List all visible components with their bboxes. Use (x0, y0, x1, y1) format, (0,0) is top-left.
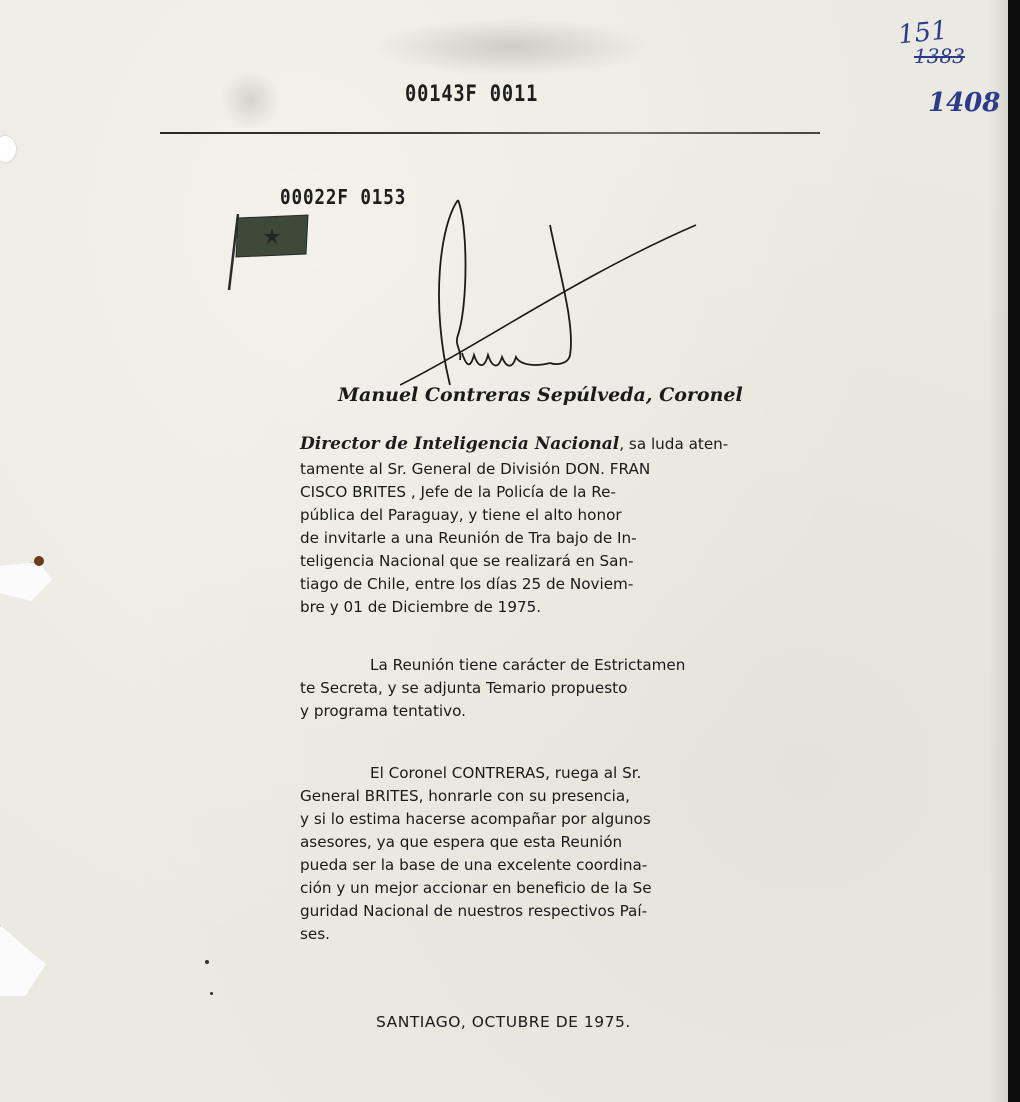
text-line: y si lo estima hacerse acompañar por alg… (300, 808, 800, 831)
scan-edge-shadow (988, 0, 1008, 1102)
speck (205, 960, 209, 964)
rust-stain (34, 556, 44, 566)
text-line: General BRITES, honrarle con su presenci… (300, 785, 800, 808)
text-line: bre y 01 de Diciembre de 1975. (300, 596, 800, 619)
paper-tear (0, 925, 46, 996)
sender-title: Director de Inteligencia Nacional (300, 434, 619, 454)
sender-title-suffix: , sa luda aten- (619, 435, 728, 453)
scan-edge (1008, 0, 1020, 1102)
text-line: ses. (300, 923, 800, 946)
horizontal-rule (160, 132, 820, 134)
handwritten-page-numbers: 151 1383 1408 (898, 18, 998, 128)
paragraph-invitation: tamente al Sr. General de División DON. … (300, 458, 800, 619)
document-page: 00143F 0011 151 1383 1408 00022F 0153 Ma… (0, 0, 1008, 1102)
punch-hole (0, 136, 16, 162)
flag-icon (226, 212, 316, 292)
text-line: te Secreta, y se adjunta Temario propues… (300, 677, 800, 700)
text-line: guridad Nacional de nuestros respectivos… (300, 900, 800, 923)
text-line: El Coronel CONTRERAS, ruega al Sr. (300, 762, 800, 785)
paragraph-secrecy: La Reunión tiene carácter de Estrictamen… (300, 654, 800, 723)
text-line: ción y un mejor accionar en beneficio de… (300, 877, 800, 900)
ink-smudge (370, 18, 650, 76)
paper-tear (0, 562, 52, 601)
text-line: y programa tentativo. (300, 700, 800, 723)
text-line: pueda ser la base de una excelente coord… (300, 854, 800, 877)
paragraph-request: El Coronel CONTRERAS, ruega al Sr. Gener… (300, 762, 800, 946)
text-line: de invitarle a una Reunión de Tra bajo d… (300, 527, 800, 550)
ink-smudge (220, 70, 280, 130)
signature-icon (400, 195, 720, 395)
speck (210, 992, 213, 995)
text-line: tiago de Chile, entre los días 25 de Nov… (300, 573, 800, 596)
text-line: asesores, ya que espera que esta Reunión (300, 831, 800, 854)
text-line: teligencia Nacional que se realizará en … (300, 550, 800, 573)
text-line: CISCO BRITES , Jefe de la Policía de la … (300, 481, 800, 504)
text-line: La Reunión tiene carácter de Estrictamen (300, 654, 800, 677)
archive-stamp-top: 00143F 0011 (405, 82, 538, 107)
text-line: tamente al Sr. General de División DON. … (300, 458, 800, 481)
text-line: pública del Paraguay, y tiene el alto ho… (300, 504, 800, 527)
place-date-closing: SANTIAGO, OCTUBRE DE 1975. (376, 1013, 631, 1031)
archive-stamp-second: 00022F 0153 (280, 185, 406, 209)
handwritten-number-struck: 1383 (914, 44, 965, 68)
sender-title-line: Director de Inteligencia Nacional, sa lu… (300, 434, 728, 454)
sender-name: Manuel Contreras Sepúlveda, Coronel (338, 384, 743, 406)
